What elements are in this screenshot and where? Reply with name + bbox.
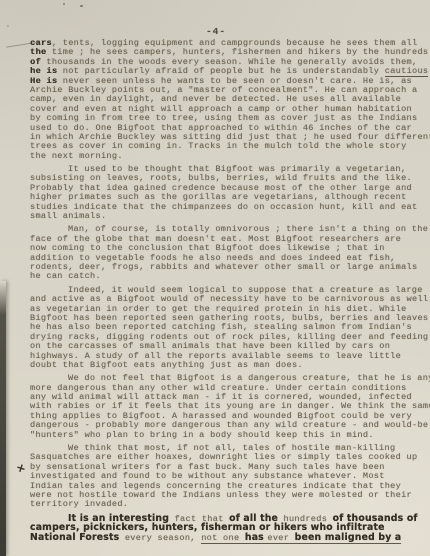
text-segment: not one xyxy=(201,533,245,544)
text-line: territory invaded. xyxy=(30,500,430,509)
text-segment: he can catch. xyxy=(30,271,101,281)
paragraph: Man, of course, is totally omnivorous ; … xyxy=(30,225,430,281)
scan-artifact xyxy=(80,5,83,7)
text-segment: small animals. xyxy=(30,211,106,221)
paragraph: Indeed, it would seem logical to suppose… xyxy=(30,286,430,371)
text-line: National Forests every season, not one h… xyxy=(30,533,430,542)
document-body: cars, tents, logging equipment and campg… xyxy=(30,39,430,546)
scan-artifact xyxy=(63,3,65,5)
text-segment: "hunters" who plan to bring in a body sh… xyxy=(30,430,374,440)
text-segment: every season, xyxy=(119,533,201,543)
paragraph: cars, tents, logging equipment and campg… xyxy=(30,39,430,161)
page-number: -4- xyxy=(0,26,430,37)
text-segment: doubt that Bigfoot eats anything just as… xyxy=(30,360,303,370)
text-line: doubt that Bigfoot eats anything just as… xyxy=(30,361,430,370)
scan-edge-shadow xyxy=(0,281,6,556)
text-line: the next morning. xyxy=(30,152,430,161)
text-segment: has xyxy=(245,532,267,544)
text-line: "hunters" who plan to bring in a body sh… xyxy=(30,431,430,440)
paragraph: We think that most, if not all, tales of… xyxy=(30,444,430,510)
text-segment: territory invaded. xyxy=(30,499,128,509)
margin-plus-mark: + xyxy=(14,460,28,476)
text-line: he can catch. xyxy=(30,272,430,281)
text-segment: National Forests xyxy=(30,532,119,543)
text-line: small animals. xyxy=(30,212,430,221)
text-segment: the next morning. xyxy=(30,151,123,161)
paragraph: We do not feel that Bigfoot is a dangero… xyxy=(30,374,430,440)
document-page: -4- cars, tents, logging equipment and c… xyxy=(0,0,430,556)
text-segment: ever xyxy=(267,533,294,544)
text-segment: been maligned by a xyxy=(295,532,402,544)
paragraph: It is an interesting fact that of all th… xyxy=(30,514,430,542)
paragraph: It used to be thought that Bigfoot was p… xyxy=(30,165,430,221)
